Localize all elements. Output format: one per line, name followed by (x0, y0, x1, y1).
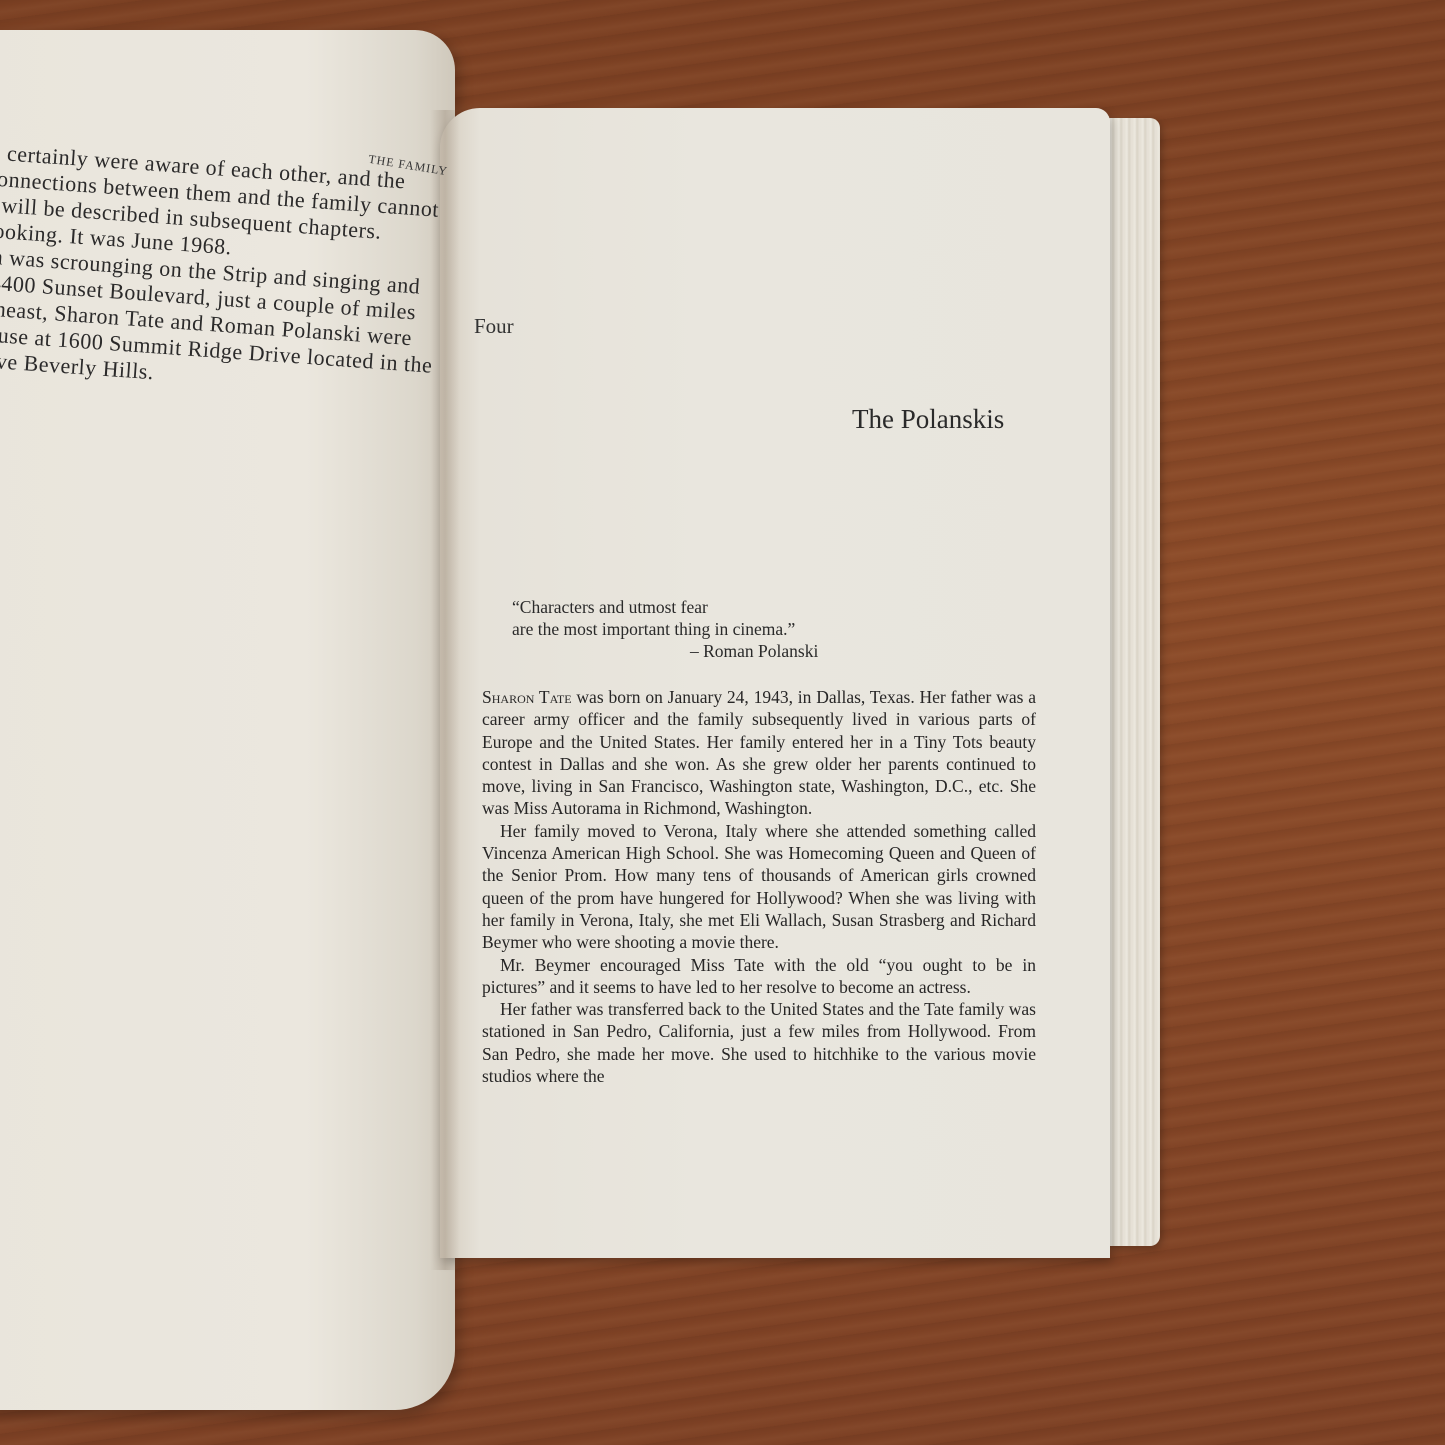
chapter-title: The Polanskis (852, 404, 1004, 435)
book-gutter (430, 110, 460, 1270)
epigraph-attribution: – Roman Polanski (512, 640, 818, 662)
left-page-text: certainly were aware of each other, and … (0, 140, 439, 404)
lead-in-small-caps: Sharon Tate (482, 687, 572, 707)
paragraph: Her family moved to Verona, Italy where … (482, 820, 1036, 954)
chapter-body: Sharon Tate was born on January 24, 1943… (482, 686, 1036, 1087)
paragraph: Mr. Beymer encouraged Miss Tate with the… (482, 954, 1036, 999)
epigraph: “Characters and utmost fear are the most… (512, 596, 818, 662)
epigraph-line: are the most important thing in cinema.” (512, 618, 818, 640)
paragraph: Sharon Tate was born on January 24, 1943… (482, 686, 1036, 820)
epigraph-line: “Characters and utmost fear (512, 596, 818, 618)
chapter-number: Four (474, 314, 514, 339)
paragraph: Her father was transferred back to the U… (482, 998, 1036, 1087)
page-block-edges (1108, 118, 1160, 1246)
